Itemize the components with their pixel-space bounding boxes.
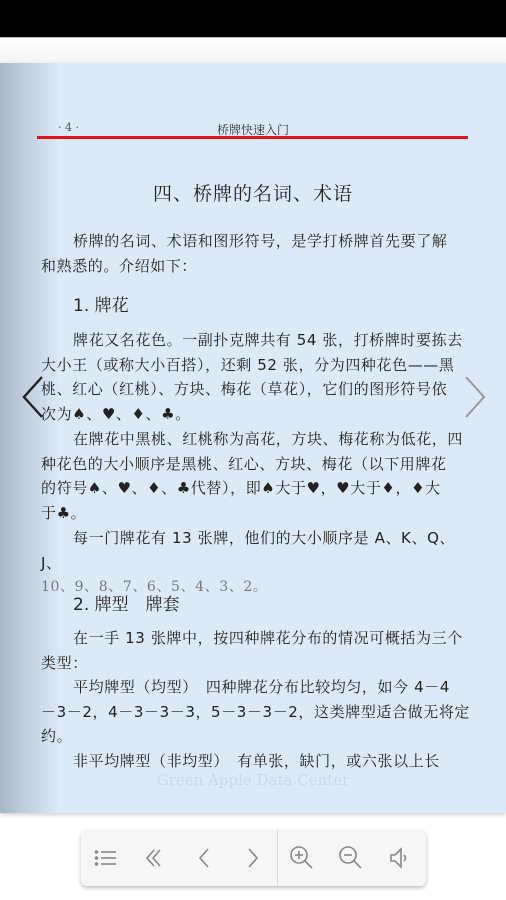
speaker-icon <box>388 846 412 870</box>
next-page-arrow[interactable] <box>462 375 488 419</box>
chevron-left-icon <box>192 846 216 870</box>
reader-toolbar <box>81 830 426 886</box>
watermark: Green Apple Data Center <box>0 771 506 789</box>
next-page-button[interactable] <box>237 842 269 874</box>
section-heading-hand-pattern: 2. 牌型 牌套 <box>73 590 180 615</box>
zoom-in-icon <box>289 845 315 871</box>
unbalanced-pattern-paragraph: 非平均牌型（非均型） 有单张，缺门，或六张以上长 <box>41 749 471 774</box>
chapter-title: 四、桥牌的名词、术语 <box>0 179 506 206</box>
status-bar <box>0 0 506 37</box>
card-rank-paragraph: 每一门牌花有 13 张牌，他们的大小顺序是 A、K、Q、J、 10、9、8、7、… <box>41 526 471 600</box>
chevron-right-icon <box>462 375 488 419</box>
zoom-in-button[interactable] <box>286 842 318 874</box>
chevron-left-icon <box>20 375 46 419</box>
suit-rank-paragraph: 在牌花中黑桃、红桃称为高花，方块、梅花称为低花，四 种花色的大小顺序是黑桃、红心… <box>41 427 471 525</box>
balanced-pattern-paragraph: 平均牌型（均型） 四种牌花分布比较均匀，如今 4－4 －3－2，4－3－3－3，… <box>41 675 471 749</box>
read-aloud-button[interactable] <box>384 842 416 874</box>
table-of-contents-button[interactable] <box>90 842 122 874</box>
running-header: · 4 · 桥牌快速入门 <box>38 119 468 137</box>
top-strip <box>0 37 506 64</box>
list-icon <box>94 846 118 870</box>
zoom-out-icon <box>338 845 364 871</box>
prev-page-arrow[interactable] <box>20 375 46 419</box>
toolbar-divider <box>277 830 278 886</box>
first-page-button[interactable] <box>138 842 170 874</box>
header-rule <box>37 136 468 139</box>
double-chevron-left-icon <box>142 846 166 870</box>
suits-paragraph: 牌花又名花色。一副扑克牌共有 54 张，打桥牌时要拣去 大小王（或称大小百搭），… <box>41 328 471 426</box>
hand-pattern-intro: 在一手 13 张牌中，按四种牌花分布的情况可概括为三个 类型： <box>41 626 471 675</box>
previous-page-button[interactable] <box>188 842 220 874</box>
zoom-out-button[interactable] <box>335 842 367 874</box>
chevron-right-icon <box>241 846 265 870</box>
book-page[interactable]: · 4 · 桥牌快速入门 四、桥牌的名词、术语 桥牌的名词、术语和图形符号，是学… <box>0 63 506 813</box>
section-heading-suits: 1. 牌花 <box>73 291 129 316</box>
intro-paragraph: 桥牌的名词、术语和图形符号，是学打桥牌首先要了解 和熟悉的。介绍如下： <box>41 229 471 278</box>
